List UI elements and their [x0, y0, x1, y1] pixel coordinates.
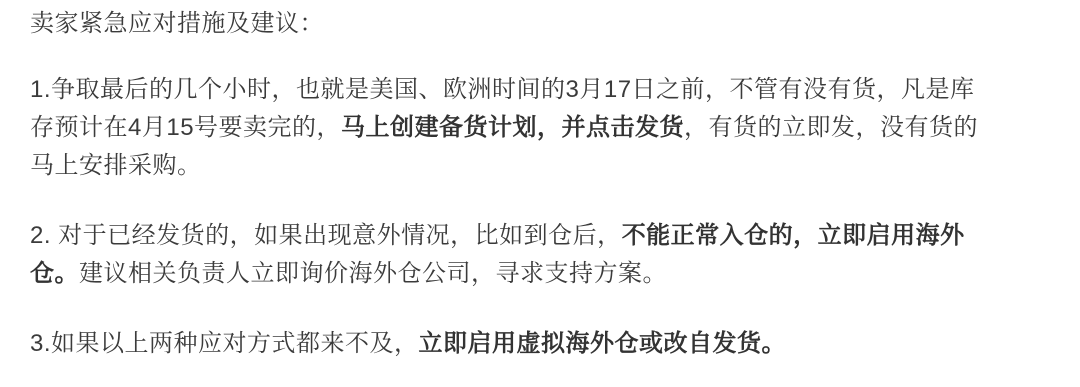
- text-run: 建议相关负责人立即询价海外仓公司，寻求支持方案。: [79, 260, 667, 287]
- paragraph: 2. 对于已经发货的，如果出现意外情况，比如到仓后，不能正常入仓的，立即启用海外…: [30, 217, 993, 293]
- paragraph: 1.争取最后的几个小时，也就是美国、欧洲时间的3月17日之前，不管有没有货，凡是…: [30, 71, 993, 185]
- document-heading: 卖家紧急应对措施及建议：: [30, 5, 993, 43]
- paragraph-list: 1.争取最后的几个小时，也就是美国、欧洲时间的3月17日之前，不管有没有货，凡是…: [30, 71, 993, 363]
- bold-text-run: 马上创建备货计划，并点击发货: [341, 114, 684, 141]
- text-run: 2. 对于已经发货的，如果出现意外情况，比如到仓后，: [30, 222, 622, 249]
- text-run: 3.如果以上两种应对方式都来不及，: [30, 330, 419, 357]
- paragraph: 3.如果以上两种应对方式都来不及，立即启用虚拟海外仓或改自发货。: [30, 325, 993, 363]
- document: 卖家紧急应对措施及建议： 1.争取最后的几个小时，也就是美国、欧洲时间的3月17…: [0, 0, 1080, 387]
- bold-text-run: 立即启用虚拟海外仓或改自发货。: [419, 330, 787, 357]
